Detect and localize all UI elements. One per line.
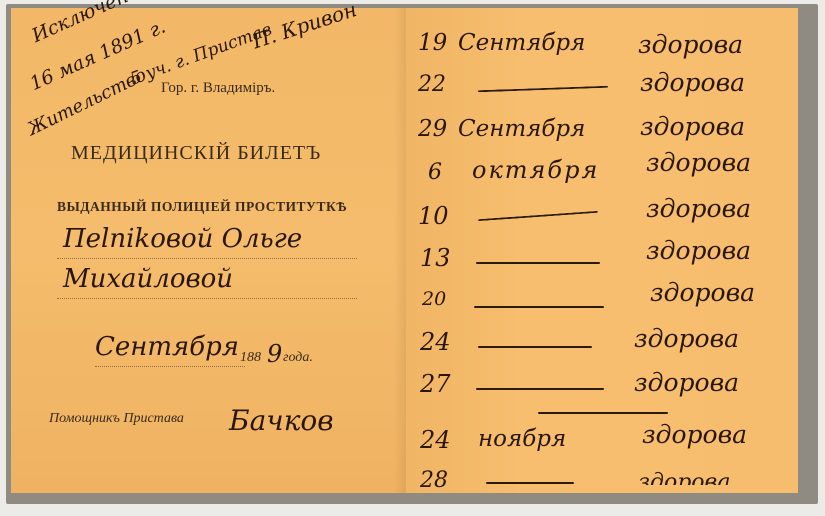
entry-status: здорова (646, 148, 751, 177)
issue-year-printed: 188 (240, 350, 261, 366)
entry-day: 20 (422, 288, 446, 310)
officer-label: Помощникъ Пристава (49, 411, 184, 427)
city-header: Гор. г. Владиміръ. (161, 80, 275, 97)
entry-day: 24 (420, 328, 451, 356)
entry-day: 10 (418, 202, 449, 230)
ditto-dash (476, 262, 600, 264)
issue-year-hand: 9 (267, 340, 282, 368)
entry-status: здорова (638, 470, 730, 495)
date-rule (95, 366, 245, 367)
entry-day: 19 (418, 30, 447, 56)
ditto-dash (478, 86, 608, 93)
entry-day: 22 (418, 72, 446, 97)
document-subtitle: ВЫДАННЫЙ ПОЛИЦІЕЙ ПРОСТИТУТКѢ (57, 199, 347, 215)
entry-status: здорова (650, 278, 755, 307)
officer-signature: Бачков (229, 404, 334, 437)
ditto-dash (486, 482, 574, 484)
entry-day: 24 (420, 426, 451, 454)
left-page: Исключена 16 мая 1891 г. Жительство 5 уч… (11, 8, 408, 493)
name-rule-1 (57, 258, 357, 259)
entry-month: Сентября (458, 30, 585, 56)
separator-line (538, 412, 668, 414)
entry-day: 27 (420, 370, 451, 398)
entry-status: здорова (642, 420, 747, 449)
entry-status: здорова (638, 30, 743, 59)
issue-year-suffix: года. (283, 350, 313, 366)
entry-status: здорова (640, 68, 745, 97)
holder-patronymic: Михайловой (63, 264, 233, 294)
entry-day: 28 (420, 468, 448, 493)
entry-month: октября (472, 156, 599, 184)
document-title: МЕДИЦИНСКІЙ БИЛЕТЪ (71, 142, 321, 165)
issue-month: Сентября (95, 332, 239, 362)
name-rule-2 (57, 298, 357, 299)
entry-status: здорова (640, 112, 745, 141)
entry-status: здорова (646, 194, 751, 223)
ditto-dash (478, 346, 592, 348)
ditto-dash (478, 211, 598, 221)
holder-surname-firstname: Пelnikовой Ольге (63, 224, 302, 254)
annotation-signature: П. Кривон (249, 0, 359, 53)
entry-day: 6 (428, 160, 442, 185)
entry-status: здорова (646, 236, 751, 265)
entry-day: 13 (420, 244, 451, 272)
entry-month: Сентября (458, 116, 585, 142)
right-page: 19 Сентября здорова 22 здорова 29 Сентяб… (406, 8, 798, 493)
entry-status: здорова (634, 324, 739, 353)
entry-day: 29 (418, 116, 447, 142)
entry-status: здорова (634, 368, 739, 397)
ditto-dash (476, 388, 604, 390)
entry-month: ноября (478, 426, 566, 452)
ditto-dash (474, 306, 604, 308)
